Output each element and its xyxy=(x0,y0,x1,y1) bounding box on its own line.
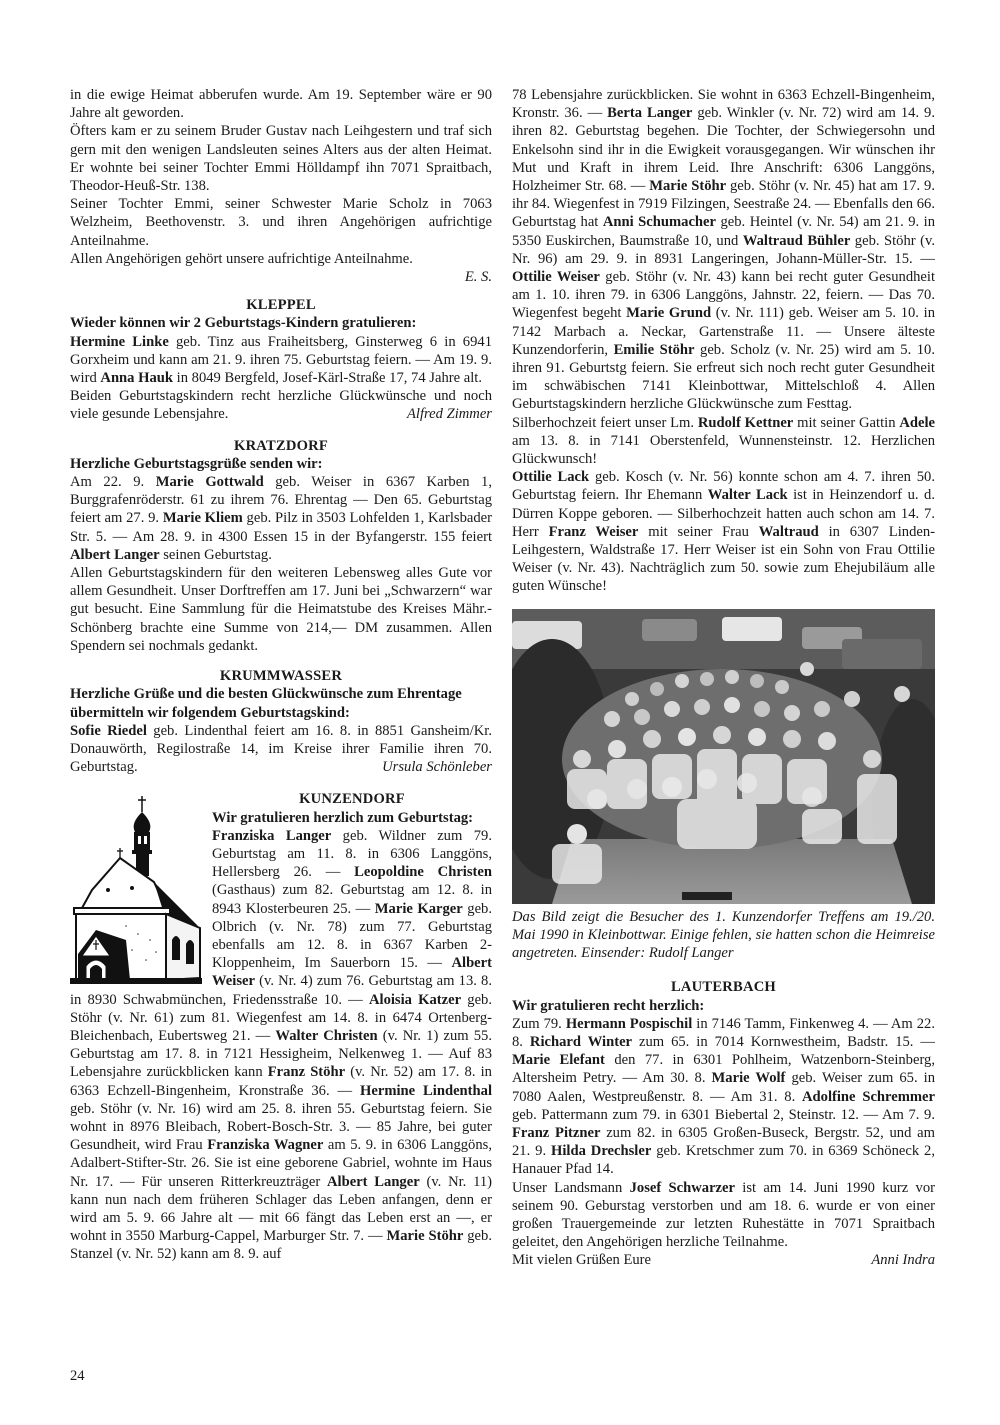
person-name: Adolfine Schremmer xyxy=(802,1089,935,1105)
person-name: Adele xyxy=(899,415,935,431)
person-name: Berta Langer xyxy=(607,105,692,121)
group-photo-image xyxy=(512,609,935,904)
person-name: Emilie Stöhr xyxy=(614,342,695,358)
person-name: Hermine Linke xyxy=(70,334,169,350)
person-name: Franz Pitzner xyxy=(512,1125,600,1141)
church-illustration xyxy=(66,790,204,986)
section-subhead-kleppel: Wieder können wir 2 Geburtstags-Kindern … xyxy=(70,314,492,332)
person-name: Marie Karger xyxy=(375,901,463,917)
krummwasser-signature: Ursula Schönleber xyxy=(382,758,492,776)
person-name: Marie Stöhr xyxy=(649,178,726,194)
intro-paragraph-1: in die ewige Heimat abberufen wurde. Am … xyxy=(70,86,492,122)
church-icon xyxy=(66,790,204,986)
section-lauterbach: LAUTERBACH Wir gratulieren recht herzlic… xyxy=(512,978,935,1269)
person-name: Anna Hauk xyxy=(100,370,173,386)
section-kratzdorf: KRATZDORF Herzliche Geburtstagsgrüße sen… xyxy=(70,437,492,655)
section-subhead-lauterbach: Wir gratulieren recht herzlich: xyxy=(512,997,935,1015)
intro-paragraph-4: Allen Angehörigen gehört unsere aufricht… xyxy=(70,250,492,268)
person-name: Albert Langer xyxy=(70,547,160,563)
person-name: Marie Wolf xyxy=(712,1070,786,1086)
person-name: Marie Grund xyxy=(626,305,711,321)
lauterbach-closing: Mit vielen Grüßen EureAnni Indra xyxy=(512,1251,935,1269)
lack-paragraph: Ottilie Lack geb. Kosch (v. Nr. 56) konn… xyxy=(512,468,935,595)
section-heading-krummwasser: KRUMMWASSER xyxy=(70,667,492,685)
person-name: Ottilie Weiser xyxy=(512,269,600,285)
person-name: Walter Christen xyxy=(275,1028,377,1044)
kleppel-signature: Alfred Zimmer xyxy=(407,405,492,423)
section-kunzendorf: KUNZENDORF Wir gratulieren herzlich zum … xyxy=(70,790,492,1263)
person-name: Franz Stöhr xyxy=(268,1064,345,1080)
kratzdorf-body: Am 22. 9. Marie Gottwald geb. Weiser in … xyxy=(70,473,492,564)
right-column: 78 Lebensjahre zurückblicken. Sie wohnt … xyxy=(512,86,935,1270)
person-name: Franz Weiser xyxy=(549,524,639,540)
section-subhead-krummwasser: Herzliche Grüße und die besten Glückwüns… xyxy=(70,685,492,721)
kleppel-body: Hermine Linke geb. Tinz aus Fraiheitsber… xyxy=(70,333,492,388)
person-name: Hilda Drechsler xyxy=(551,1143,651,1159)
section-heading-kleppel: KLEPPEL xyxy=(70,296,492,314)
person-name: Rudolf Kettner xyxy=(698,415,793,431)
person-name: Waltraud xyxy=(759,524,819,540)
section-kleppel: KLEPPEL Wieder können wir 2 Geburtstags-… xyxy=(70,296,492,423)
person-name: Richard Winter xyxy=(530,1034,632,1050)
intro-paragraph-3: Seiner Tochter Emmi, seiner Schwester Ma… xyxy=(70,195,492,250)
photo-caption: Das Bild zeigt die Besucher des 1. Kunze… xyxy=(512,908,935,963)
section-heading-lauterbach: LAUTERBACH xyxy=(512,978,935,996)
intro-signature: E. S. xyxy=(70,268,492,286)
person-name: Waltraud Bühler xyxy=(743,233,850,249)
person-name: Hermann Pospischil xyxy=(566,1016,692,1032)
lauterbach-signature: Anni Indra xyxy=(871,1251,935,1269)
kratzdorf-closing: Allen Geburtstagskindern für den weitere… xyxy=(70,564,492,655)
person-name: Walter Lack xyxy=(708,487,788,503)
person-name: Josef Schwarzer xyxy=(630,1180,735,1196)
section-subhead-kratzdorf: Herzliche Geburtstagsgrüße senden wir: xyxy=(70,455,492,473)
person-name: Marie Kliem xyxy=(163,510,243,526)
lauterbach-body: Zum 79. Hermann Pospischil in 7146 Tamm,… xyxy=(512,1015,935,1179)
group-photo xyxy=(512,609,935,904)
person-name: Marie Gottwald xyxy=(156,474,264,490)
person-name: Albert Langer xyxy=(327,1174,420,1190)
section-heading-kratzdorf: KRATZDORF xyxy=(70,437,492,455)
intro-paragraph-2: Öfters kam er zu seinem Bruder Gustav na… xyxy=(70,122,492,195)
person-name: Marie Stöhr xyxy=(386,1228,463,1244)
left-column: in die ewige Heimat abberufen wurde. Am … xyxy=(70,86,492,1264)
person-name: Franziska Wagner xyxy=(207,1137,323,1153)
person-name: Anni Schumacher xyxy=(603,214,716,230)
page-number: 24 xyxy=(70,1368,85,1385)
section-krummwasser: KRUMMWASSER Herzliche Grüße und die best… xyxy=(70,667,492,776)
kleppel-closing: Beiden Geburtstagskindern recht herzlich… xyxy=(70,387,492,423)
person-name: Sofie Riedel xyxy=(70,723,147,739)
person-name: Franziska Langer xyxy=(212,828,331,844)
person-name: Marie Elefant xyxy=(512,1052,605,1068)
krummwasser-body: Sofie Riedel geb. Lindenthal feiert am 1… xyxy=(70,722,492,777)
person-name: Aloisia Katzer xyxy=(369,992,461,1008)
silver-wedding-paragraph: Silberhochzeit feiert unser Lm. Rudolf K… xyxy=(512,414,935,469)
person-name: Leopoldine Christen xyxy=(354,864,492,880)
person-name: Hermine Lindenthal xyxy=(360,1083,492,1099)
person-name: Ottilie Lack xyxy=(512,469,589,485)
obituary-paragraph: Unser Landsmann Josef Schwarzer ist am 1… xyxy=(512,1179,935,1252)
kunzendorf-continued: 78 Lebensjahre zurückblicken. Sie wohnt … xyxy=(512,86,935,414)
